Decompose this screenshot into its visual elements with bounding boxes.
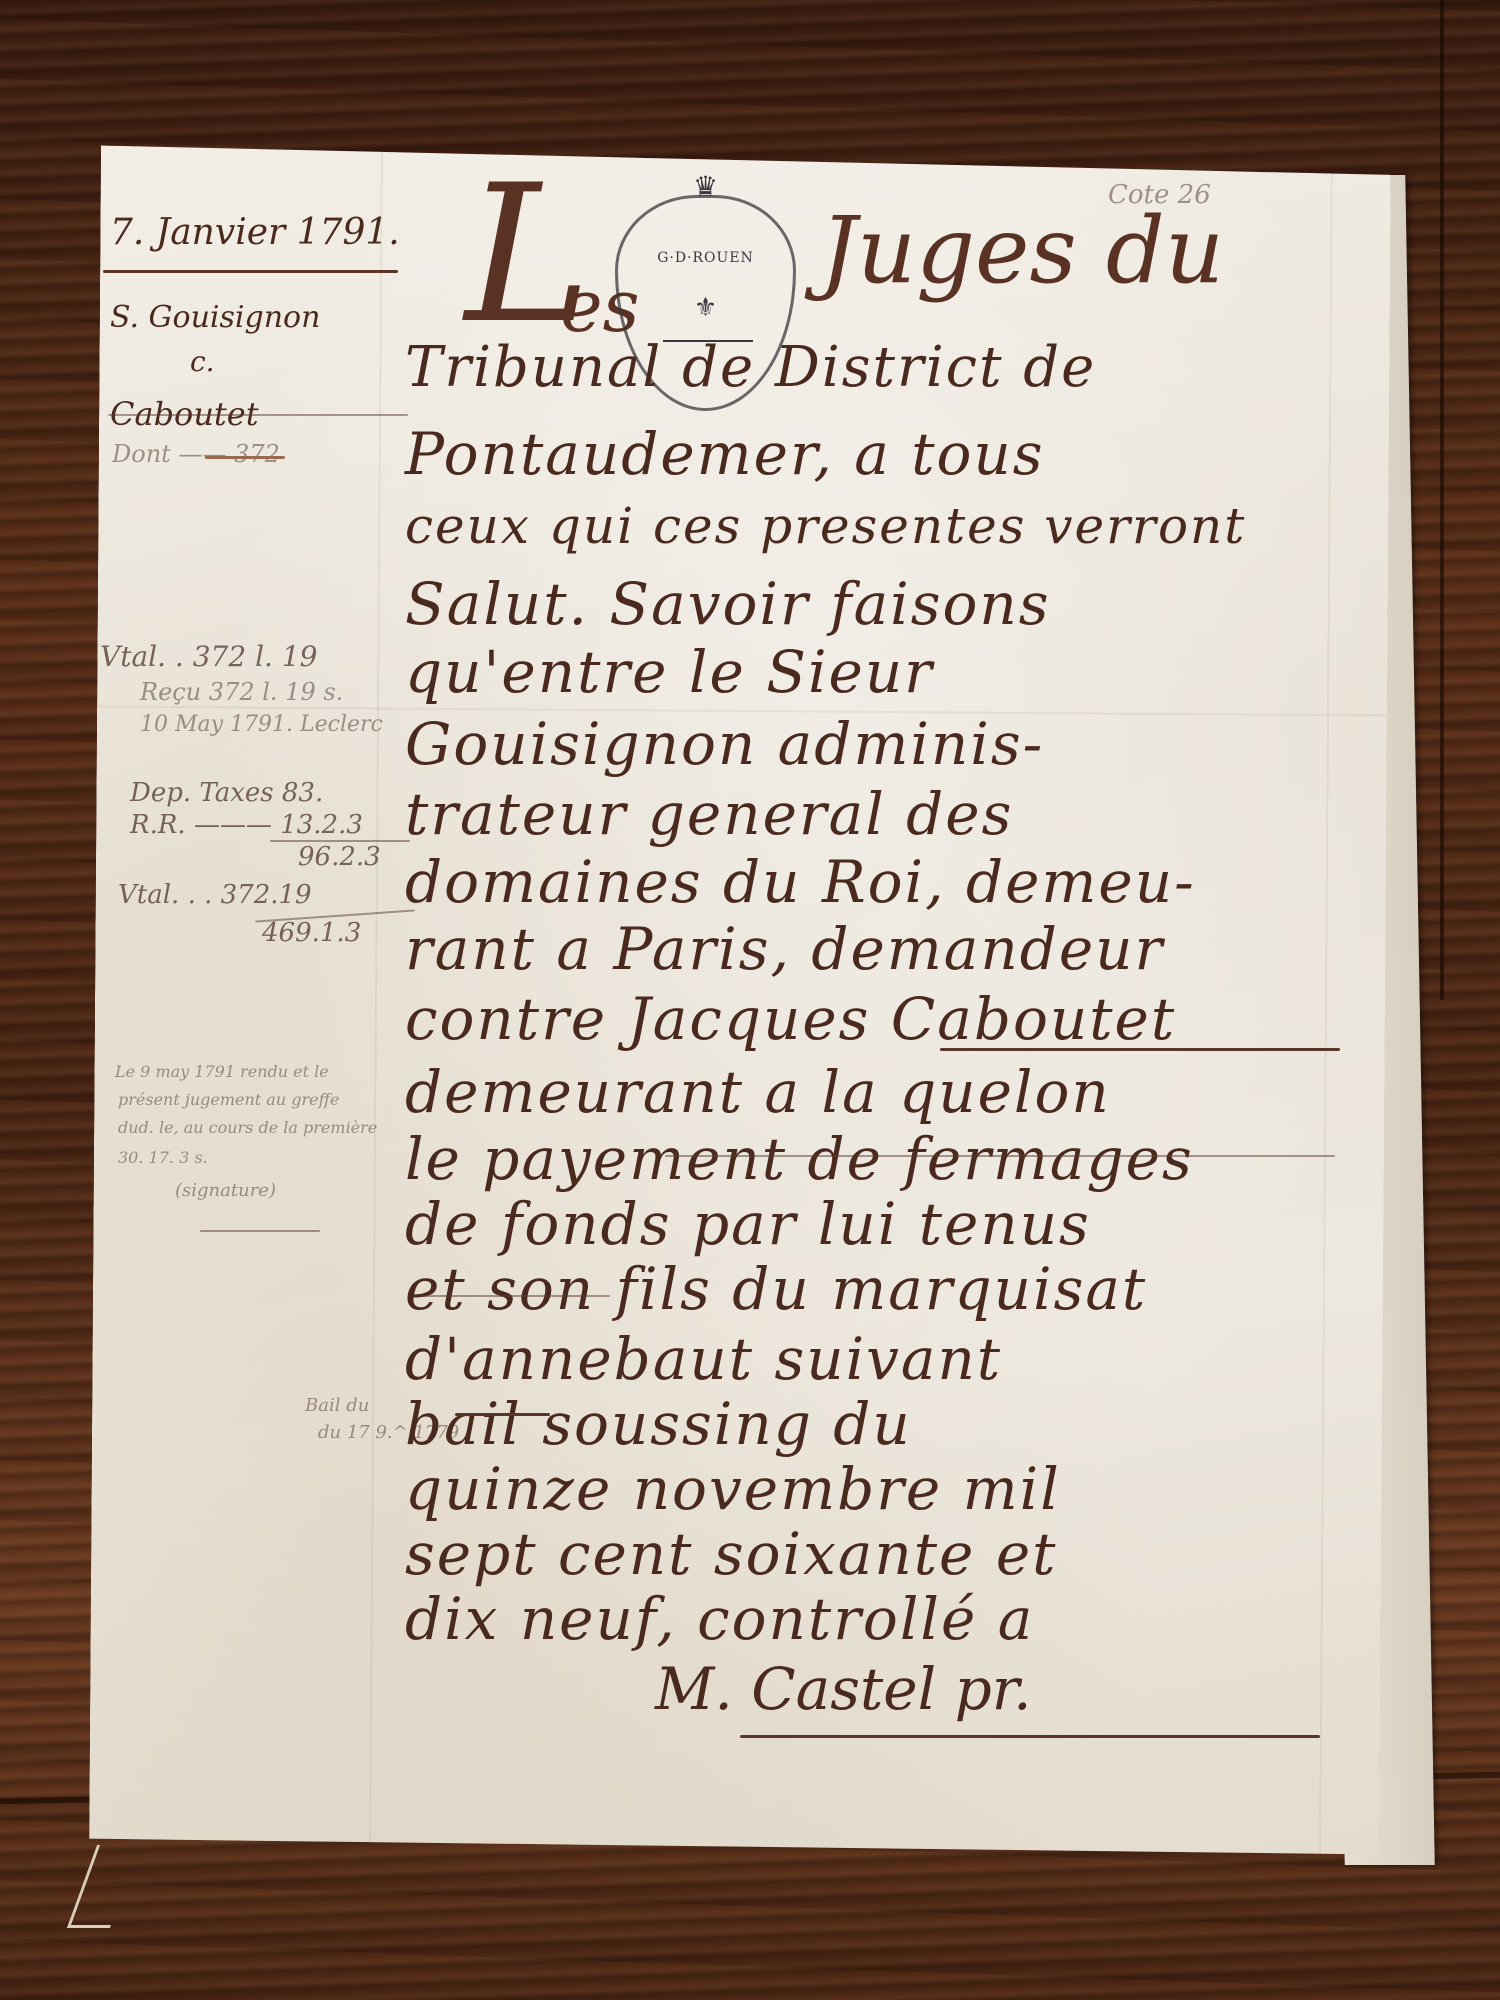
margin-party-plaintiff: S. Gouisignon	[110, 300, 320, 335]
document-date: 7. Janvier 1791.	[110, 212, 400, 253]
body-line-6: Gouisignon adminis-	[405, 710, 1044, 778]
body-line-1: Tribunal de District de	[405, 335, 1096, 400]
body-line-12: le payement de fermages	[405, 1125, 1194, 1193]
heading-title: Juges du	[820, 205, 1224, 297]
body-line-4: Salut. Savoir faisons	[405, 570, 1051, 638]
body-line-11: demeurant a la quelon	[405, 1058, 1111, 1126]
margin-receipt-signature: (signature)	[175, 1180, 276, 1201]
margin-receipt-note: dud. le, au cours de la première	[118, 1118, 377, 1137]
margin-taxes-line: 96.2.3	[298, 842, 381, 872]
body-line-16: bail soussing du	[405, 1390, 912, 1458]
body-line-17: quinze novembre mil	[405, 1455, 1061, 1523]
clerk-signature: M. Castel pr.	[655, 1655, 1032, 1723]
body-line-8: domaines du Roi, demeu-	[405, 848, 1196, 916]
paper-crease	[1319, 154, 1333, 1854]
wood-table-seam	[1440, 0, 1444, 1000]
crown-icon: ♛	[618, 170, 793, 203]
margin-account-line: 10 May 1791. Leclerc	[140, 712, 383, 737]
body-line-10: contre Jacques Caboutet	[405, 985, 1176, 1053]
margin-taxes-line: Vtal. . . 372.19	[118, 880, 312, 910]
margin-strike-line	[108, 414, 408, 416]
margin-bail-note: Bail du	[305, 1395, 369, 1416]
signature-underline	[740, 1735, 1320, 1738]
fermages-underline	[665, 1155, 1335, 1157]
margin-taxes-line: 469.1.3	[262, 918, 361, 948]
margin-taxes-line: Dep. Taxes 83.	[130, 778, 323, 808]
body-line-9: rant a Paris, demandeur	[405, 915, 1164, 983]
margin-receipt-note: présent jugement au greffe	[118, 1090, 339, 1109]
signature-flourish	[200, 1230, 320, 1232]
body-line-3: ceux qui ces presentes verront	[405, 497, 1246, 555]
margin-receipt-note: 30. 17. 3 s.	[118, 1148, 208, 1167]
bail-underline	[455, 1413, 550, 1416]
margin-account-line: Vtal. . 372 l. 19	[100, 640, 317, 673]
body-line-14: et son fils du marquisat	[405, 1255, 1147, 1323]
body-line-13: de fonds par lui tenus	[405, 1190, 1091, 1258]
margin-receipt-note: Le 9 may 1791 rendu et le	[115, 1062, 329, 1081]
body-line-2: Pontaudemer, a tous	[405, 420, 1045, 488]
body-line-19: dix neuf, controllé a	[405, 1585, 1034, 1653]
name-underline	[940, 1048, 1340, 1051]
body-line-15: d'annebaut suivant	[405, 1325, 1002, 1393]
margin-taxes-line: R.R. ——— 13.2.3	[130, 810, 363, 840]
margin-dont-line: Dont —— 372	[112, 440, 280, 468]
stamp-text: G·D·ROUEN	[618, 250, 793, 266]
date-underline	[103, 270, 398, 273]
body-line-5: qu'entre le Sieur	[405, 638, 934, 706]
paper-crease	[369, 147, 383, 1847]
margin-dash	[205, 456, 285, 459]
margin-party-contra: c.	[190, 345, 215, 378]
body-line-7: trateur general des	[405, 780, 1013, 848]
binding-thread	[67, 1845, 140, 1928]
annebaut-underline	[420, 1295, 610, 1297]
fleur-de-lis-icon: ⚜	[618, 293, 793, 323]
margin-account-line: Reçu 372 l. 19 s.	[140, 678, 343, 706]
body-line-18: sept cent soixante et	[405, 1520, 1057, 1588]
